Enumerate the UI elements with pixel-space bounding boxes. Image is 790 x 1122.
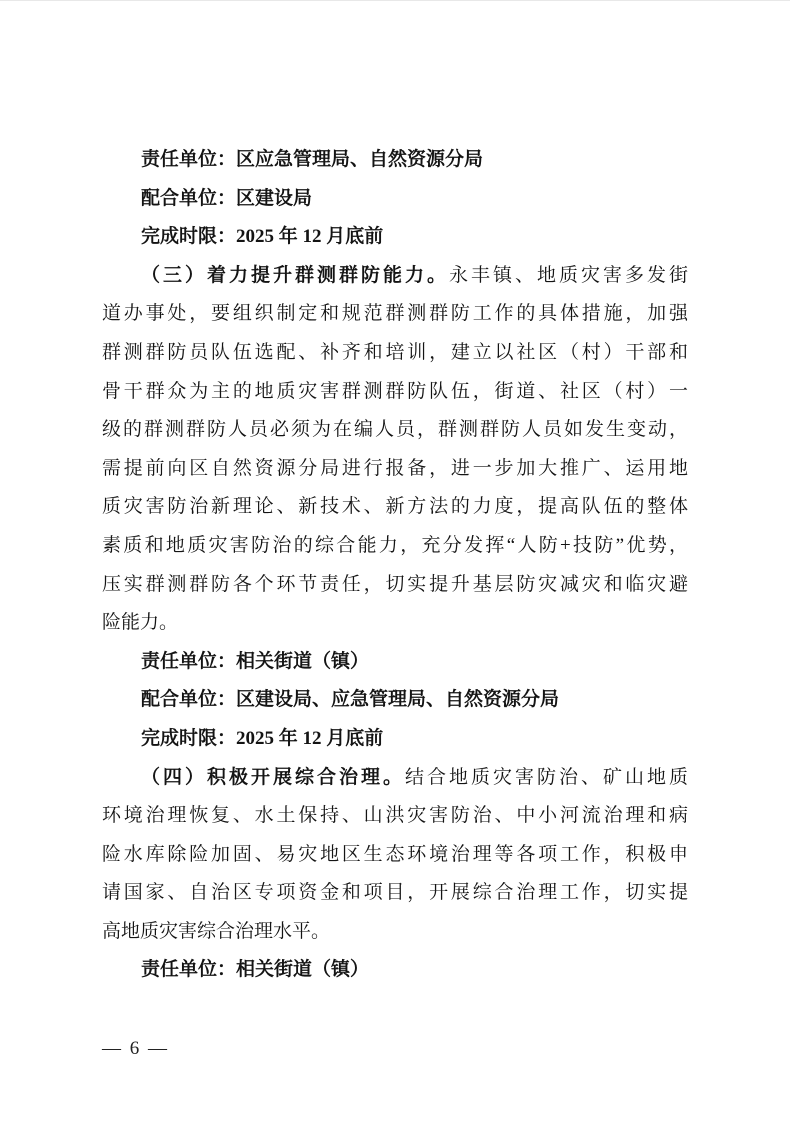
text-line: 险能力。 bbox=[102, 604, 688, 643]
emphasis-text: 责任单位：相关街道（镇） bbox=[141, 959, 369, 980]
body-text: 级的群测群防人员必须为在编人员，群测群防人员如发生变动， bbox=[102, 419, 688, 440]
body-text: 险能力。 bbox=[102, 612, 178, 633]
text-line: 级的群测群防人员必须为在编人员，群测群防人员如发生变动， bbox=[102, 411, 688, 450]
page-number: — 6 — bbox=[102, 1038, 169, 1059]
text-line: 质灾害防治新理论、新技术、新方法的力度，提高队伍的整体 bbox=[102, 488, 688, 527]
page-footer: — 6 — bbox=[102, 1037, 169, 1061]
text-line: 完成时限：2025 年 12 月底前 bbox=[102, 218, 688, 257]
text-line: 环境治理恢复、水土保持、山洪灾害防治、中小河流治理和病 bbox=[102, 797, 688, 836]
text-line: 群测群防员队伍选配、补齐和培训，建立以社区（村）干部和 bbox=[102, 334, 688, 373]
emphasis-text: 完成时限：2025 年 12 月底前 bbox=[141, 728, 383, 749]
body-text: 请国家、自治区专项资金和项目，开展综合治理工作，切实提 bbox=[102, 882, 688, 903]
emphasis-text: 配合单位：区建设局 bbox=[141, 188, 312, 209]
emphasis-text: 完成时限：2025 年 12 月底前 bbox=[141, 226, 383, 247]
text-line: 完成时限：2025 年 12 月底前 bbox=[102, 720, 688, 759]
body-text: 压实群测群防各个环节责任，切实提升基层防灾减灾和临灾避 bbox=[102, 574, 688, 595]
body-text: 群测群防员队伍选配、补齐和培训，建立以社区（村）干部和 bbox=[102, 342, 688, 363]
body-text: 险水库除险加固、易灾地区生态环境治理等各项工作，积极申 bbox=[102, 844, 688, 865]
text-line: 压实群测群防各个环节责任，切实提升基层防灾减灾和临灾避 bbox=[102, 566, 688, 605]
text-line: 配合单位：区建设局、应急管理局、自然资源分局 bbox=[102, 681, 688, 720]
emphasis-text: 配合单位：区建设局、应急管理局、自然资源分局 bbox=[141, 689, 559, 710]
text-line: （四）积极开展综合治理。结合地质灾害防治、矿山地质 bbox=[102, 759, 688, 798]
emphasis-text: 责任单位：区应急管理局、自然资源分局 bbox=[141, 149, 483, 170]
body-text: 质灾害防治新理论、新技术、新方法的力度，提高队伍的整体 bbox=[102, 496, 688, 517]
text-line: 道办事处，要组织制定和规范群测群防工作的具体措施，加强 bbox=[102, 295, 688, 334]
text-line: 责任单位：相关街道（镇） bbox=[102, 951, 688, 990]
body-text: 素质和地质灾害防治的综合能力，充分发挥“人防+技防”优势， bbox=[102, 535, 688, 556]
text-line: 骨干群众为主的地质灾害群测群防队伍，街道、社区（村）一 bbox=[102, 373, 688, 412]
text-line: 需提前向区自然资源分局进行报备，进一步加大推广、运用地 bbox=[102, 450, 688, 489]
text-line: 险水库除险加固、易灾地区生态环境治理等各项工作，积极申 bbox=[102, 836, 688, 875]
body-text: 结合地质灾害防治、矿山地质 bbox=[405, 767, 688, 788]
text-line: 责任单位：相关街道（镇） bbox=[102, 643, 688, 682]
body-text: 环境治理恢复、水土保持、山洪灾害防治、中小河流治理和病 bbox=[102, 805, 688, 826]
emphasis-text: （三）着力提升群测群防能力。 bbox=[141, 265, 449, 286]
text-line: 素质和地质灾害防治的综合能力，充分发挥“人防+技防”优势， bbox=[102, 527, 688, 566]
body-text: 骨干群众为主的地质灾害群测群防队伍，街道、社区（村）一 bbox=[102, 381, 688, 402]
body-text: 永丰镇、地质灾害多发街 bbox=[449, 265, 688, 286]
text-line: 责任单位：区应急管理局、自然资源分局 bbox=[102, 141, 688, 180]
body-text: 需提前向区自然资源分局进行报备，进一步加大推广、运用地 bbox=[102, 458, 688, 479]
body-text: 高地质灾害综合治理水平。 bbox=[102, 921, 330, 942]
text-line: （三）着力提升群测群防能力。永丰镇、地质灾害多发街 bbox=[102, 257, 688, 296]
body-text: 道办事处，要组织制定和规范群测群防工作的具体措施，加强 bbox=[102, 303, 688, 324]
document-body: 责任单位：区应急管理局、自然资源分局配合单位：区建设局完成时限：2025 年 1… bbox=[102, 141, 688, 990]
document-page: 责任单位：区应急管理局、自然资源分局配合单位：区建设局完成时限：2025 年 1… bbox=[0, 0, 790, 1122]
emphasis-text: （四）积极开展综合治理。 bbox=[141, 767, 405, 788]
emphasis-text: 责任单位：相关街道（镇） bbox=[141, 651, 369, 672]
text-line: 请国家、自治区专项资金和项目，开展综合治理工作，切实提 bbox=[102, 874, 688, 913]
text-line: 高地质灾害综合治理水平。 bbox=[102, 913, 688, 952]
text-line: 配合单位：区建设局 bbox=[102, 180, 688, 219]
